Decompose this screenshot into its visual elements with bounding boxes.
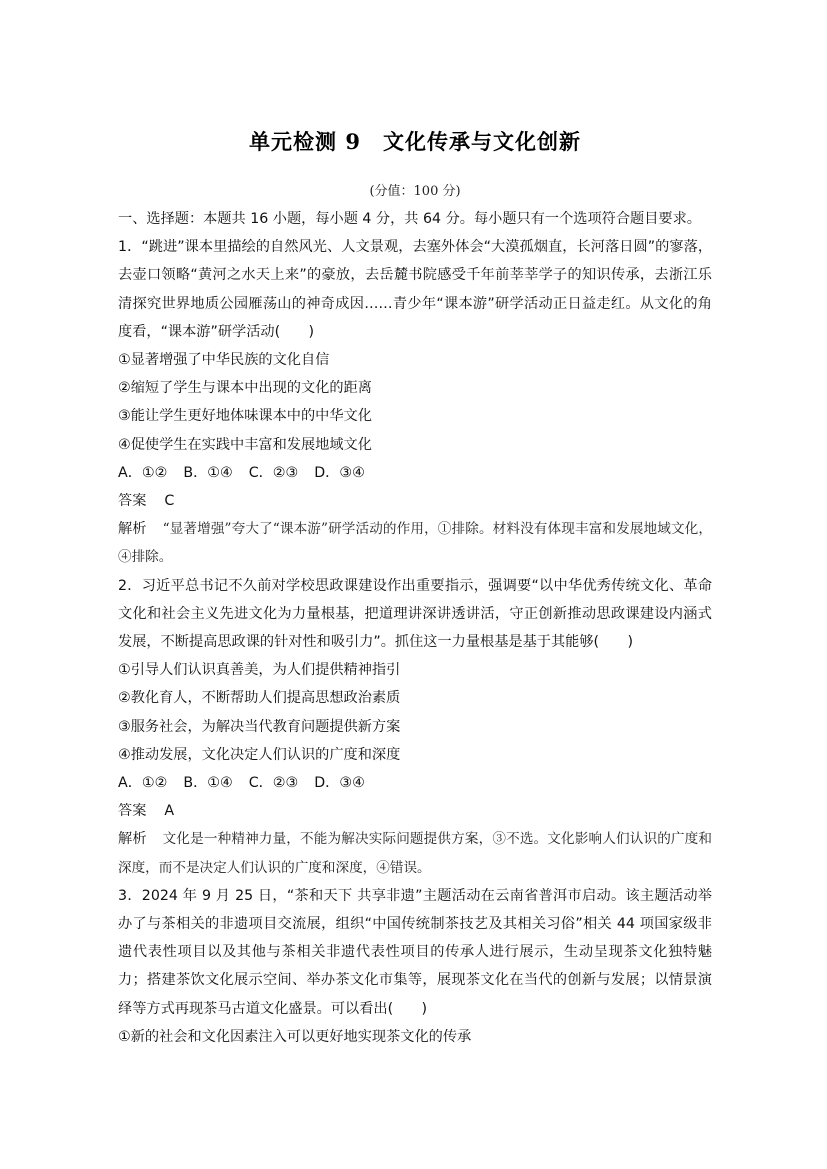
statement: ②缩短了学生与课本中出现的文化的距离 xyxy=(118,374,712,402)
answer-line: 答案A xyxy=(118,797,712,825)
score-note: (分值：100 分) xyxy=(118,180,712,199)
choice-d: D．③④ xyxy=(314,459,365,487)
question-2: 2．习近平总书记不久前对学校思政课建设作出重要指示，强调要“以中华优秀传统文化、… xyxy=(118,572,712,882)
statement: ④推动发展，文化决定人们认识的广度和深度 xyxy=(118,741,712,769)
statement: ②教化育人，不断帮助人们提高思想政治素质 xyxy=(118,684,712,712)
analysis-text: 文化是一种精神力量，不能为解决实际问题提供方案，③不选。文化影响人们认识的广度和… xyxy=(118,831,712,875)
question-stem-text: “跳进”课本里描绘的自然风光、人文景观，去塞外体会“大漠孤烟直，长河落日圆”的寥… xyxy=(118,239,712,340)
document-body: 一、选择题：本题共 16 小题，每小题 4 分，共 64 分。每小题只有一个选项… xyxy=(118,205,712,1051)
question-number: 3． xyxy=(118,888,142,904)
section-heading: 一、选择题：本题共 16 小题，每小题 4 分，共 64 分。每小题只有一个选项… xyxy=(118,205,712,233)
answer-label: 答案 xyxy=(118,803,146,819)
choice-c: C．②③ xyxy=(249,769,299,797)
choice-b: B．①④ xyxy=(183,769,232,797)
answer-label: 答案 xyxy=(118,493,146,509)
analysis-label: 解析 xyxy=(118,831,147,847)
question-stem-text: 习近平总书记不久前对学校思政课建设作出重要指示，强调要“以中华优秀传统文化、革命… xyxy=(118,578,712,650)
choice-a: A．①② xyxy=(118,769,167,797)
analysis-text: “显著增强”夸大了“课本游”研学活动的作用，①排除。材料没有体现丰富和发展地域文… xyxy=(118,521,712,565)
question-stem: 2．习近平总书记不久前对学校思政课建设作出重要指示，强调要“以中华优秀传统文化、… xyxy=(118,572,712,657)
statement: ①显著增强了中华民族的文化自信 xyxy=(118,346,712,374)
statement: ④促使学生在实践中丰富和发展地域文化 xyxy=(118,431,712,459)
statement: ①新的社会和文化因素注入可以更好地实现茶文化的传承 xyxy=(118,1023,712,1051)
statement: ③能让学生更好地体味课本中的中华文化 xyxy=(118,402,712,430)
question-stem: 3．2024 年 9 月 25 日，“茶和天下 共享非遗”主题活动在云南省普洱市… xyxy=(118,882,712,1023)
question-number: 2． xyxy=(118,578,142,594)
statement: ①引导人们认识真善美，为人们提供精神指引 xyxy=(118,656,712,684)
question-3: 3．2024 年 9 月 25 日，“茶和天下 共享非遗”主题活动在云南省普洱市… xyxy=(118,882,712,1051)
title-topic: 文化传承与文化创新 xyxy=(383,129,581,154)
choice-a: A．①② xyxy=(118,459,167,487)
choice-c: C．②③ xyxy=(249,459,299,487)
answer-line: 答案C xyxy=(118,487,712,515)
answer-value: C xyxy=(164,493,174,509)
question-stem: 1．“跳进”课本里描绘的自然风光、人文景观，去塞外体会“大漠孤烟直，长河落日圆”… xyxy=(118,233,712,346)
answer-choices: A．①②B．①④C．②③D．③④ xyxy=(118,459,712,487)
analysis-label: 解析 xyxy=(118,521,147,537)
choice-d: D．③④ xyxy=(314,769,365,797)
analysis: 解析文化是一种精神力量，不能为解决实际问题提供方案，③不选。文化影响人们认识的广… xyxy=(118,825,712,881)
question-number: 1． xyxy=(118,239,141,255)
choice-b: B．①④ xyxy=(183,459,232,487)
title-unit: 单元检测 9 xyxy=(249,129,361,154)
answer-value: A xyxy=(164,803,174,819)
analysis: 解析“显著增强”夸大了“课本游”研学活动的作用，①排除。材料没有体现丰富和发展地… xyxy=(118,515,712,571)
question-stem-text: 2024 年 9 月 25 日，“茶和天下 共享非遗”主题活动在云南省普洱市启动… xyxy=(118,888,712,1017)
statement: ③服务社会，为解决当代教育问题提供新方案 xyxy=(118,713,712,741)
answer-choices: A．①②B．①④C．②③D．③④ xyxy=(118,769,712,797)
question-1: 1．“跳进”课本里描绘的自然风光、人文景观，去塞外体会“大漠孤烟直，长河落日圆”… xyxy=(118,233,712,571)
page-title: 单元检测 9文化传承与文化创新 xyxy=(118,126,712,156)
